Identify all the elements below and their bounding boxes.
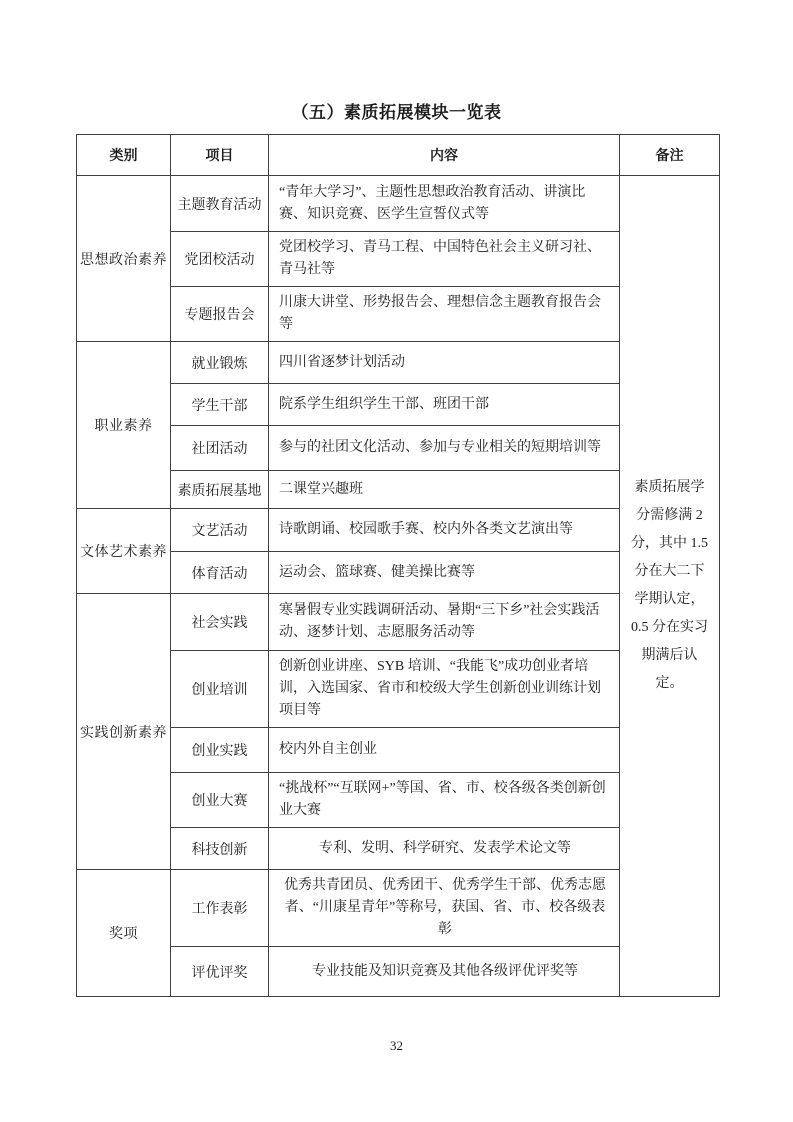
header-content: 内容	[269, 135, 620, 176]
item-cell: 党团校活动	[171, 232, 269, 287]
item-cell: 创业培训	[171, 651, 269, 728]
content-cell: 专利、发明、科学研究、发表学术论文等	[269, 828, 620, 870]
page-number: 32	[0, 1038, 793, 1054]
page-title: （五）素质拓展模块一览表	[0, 0, 793, 123]
item-cell: 社会实践	[171, 594, 269, 651]
content-cell: “青年大学习”、主题性思想政治教育活动、讲演比赛、知识竞赛、医学生宣誓仪式等	[269, 176, 620, 232]
content-cell: 二课堂兴趣班	[269, 471, 620, 509]
content-cell: 党团校学习、青马工程、中国特色社会主义研习社、青马社等	[269, 232, 620, 287]
table-row: 思想政治素养 主题教育活动 “青年大学习”、主题性思想政治教育活动、讲演比赛、知…	[77, 176, 720, 232]
content-cell: 院系学生组织学生干部、班团干部	[269, 384, 620, 426]
item-cell: 主题教育活动	[171, 176, 269, 232]
content-cell: 专业技能及知识竞赛及其他各级评优评奖等	[269, 947, 620, 997]
category-cell: 文体艺术素养	[77, 509, 171, 594]
item-cell: 就业锻炼	[171, 342, 269, 384]
item-cell: 创业大赛	[171, 773, 269, 828]
content-cell: “挑战杯”“互联网+”等国、省、市、校各级各类创新创业大赛	[269, 773, 620, 828]
content-cell: 诗歌朗诵、校园歌手赛、校内外各类文艺演出等	[269, 509, 620, 552]
header-remark: 备注	[620, 135, 720, 176]
content-cell: 参与的社团文化活动、参加与专业相关的短期培训等	[269, 426, 620, 471]
category-cell: 实践创新素养	[77, 594, 171, 870]
item-cell: 社团活动	[171, 426, 269, 471]
content-cell: 四川省逐梦计划活动	[269, 342, 620, 384]
item-cell: 创业实践	[171, 728, 269, 773]
content-cell: 校内外自主创业	[269, 728, 620, 773]
item-cell: 学生干部	[171, 384, 269, 426]
content-cell: 寒暑假专业实践调研活动、暑期“三下乡”社会实践活动、逐梦计划、志愿服务活动等	[269, 594, 620, 651]
header-category: 类别	[77, 135, 171, 176]
item-cell: 专题报告会	[171, 287, 269, 342]
content-cell: 川康大讲堂、形势报告会、理想信念主题教育报告会等	[269, 287, 620, 342]
item-cell: 体育活动	[171, 552, 269, 594]
item-cell: 文艺活动	[171, 509, 269, 552]
document-page: （五）素质拓展模块一览表 类别 项目 内容 备注 思想政治素养 主题教育活动 “…	[0, 0, 793, 1122]
item-cell: 工作表彰	[171, 870, 269, 947]
header-item: 项目	[171, 135, 269, 176]
category-cell: 奖项	[77, 870, 171, 997]
category-cell: 职业素养	[77, 342, 171, 509]
content-cell: 运动会、篮球赛、健美操比赛等	[269, 552, 620, 594]
content-cell: 创新创业讲座、SYB 培训、“我能飞”成功创业者培训，入选国家、省市和校级大学生…	[269, 651, 620, 728]
category-cell: 思想政治素养	[77, 176, 171, 342]
item-cell: 科技创新	[171, 828, 269, 870]
remark-cell: 素质拓展学分需修满 2 分，其中 1.5 分在大二下学期认定，0.5 分在实习期…	[620, 176, 720, 997]
item-cell: 素质拓展基地	[171, 471, 269, 509]
content-cell: 优秀共青团员、优秀团干、优秀学生干部、优秀志愿者、“川康星青年”等称号，获国、省…	[269, 870, 620, 947]
item-cell: 评优评奖	[171, 947, 269, 997]
quality-module-table: 类别 项目 内容 备注 思想政治素养 主题教育活动 “青年大学习”、主题性思想政…	[76, 134, 720, 997]
header-row: 类别 项目 内容 备注	[77, 135, 720, 176]
